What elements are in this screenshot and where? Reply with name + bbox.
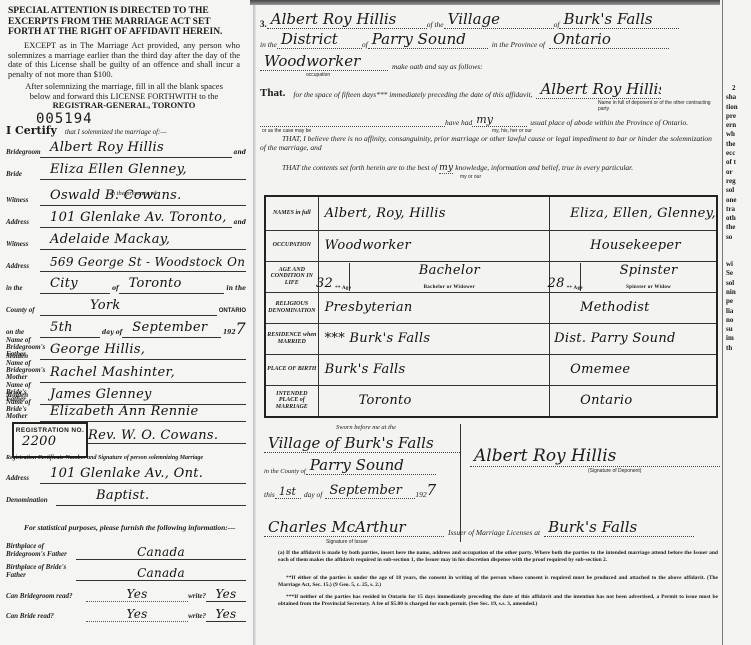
clipped-line: su: [723, 325, 751, 334]
clipped-line: tra: [723, 205, 751, 214]
that-text: for the space of fifteen days*** immedia…: [293, 90, 532, 99]
deponent-signature-line: Albert Roy Hillis: [470, 448, 720, 467]
groom-father-birthplace-value: Canada: [76, 545, 246, 560]
city-type-value: City: [40, 276, 110, 294]
field-label: Birthplace of Bride's Father: [6, 563, 76, 581]
pronoun-1-value: my: [472, 113, 497, 126]
groom-condition-caption: Bachelor or Widower: [350, 285, 550, 290]
abode-line: have had my usual place of abode within …: [260, 108, 720, 127]
issuer-line: Charles McArthur Issuer of Marriage Lice…: [264, 518, 724, 537]
occupation-caption: occupation: [306, 72, 330, 78]
pronoun-2-caption: my or our: [460, 174, 481, 180]
field-label: Bridegroom: [6, 149, 40, 158]
row-header: AGE AND CONDITION IN LIFE: [265, 261, 318, 292]
city-name-value: Toronto: [119, 276, 225, 294]
bride-occupation-cell: Housekeeper: [550, 230, 717, 261]
table-row: RELIGIOUS DENOMINATION Presbyterian Meth…: [265, 292, 717, 323]
bride-intended-place-cell: Ontario: [550, 385, 717, 417]
year-digit: 7: [427, 481, 437, 499]
county-value: York: [40, 298, 217, 316]
clipped-gap: [723, 242, 751, 260]
denomination-field: Denomination Baptist.: [6, 484, 246, 506]
officiant-signature: Rev. W. O. Cowans.: [88, 428, 246, 444]
deponent-line: 3. Albert Roy Hillis of the Village of B…: [260, 10, 720, 29]
bride-age-condition-cell: 28** Age SpinsterSpinster or Widow: [550, 261, 717, 292]
clipped-line: sol: [723, 186, 751, 195]
groom-occupation-cell: Woodworker: [318, 230, 550, 261]
bride-value: Eliza Ellen Glenney,: [40, 162, 246, 180]
bride-birthplace-cell: Omemee: [550, 354, 717, 385]
statistical-note: For statistical purposes, please furnish…: [8, 523, 244, 532]
groom-residence-cell: *** Burk's Falls: [318, 323, 550, 354]
issuer-at-label: Issuer of Marriage Licenses at: [444, 528, 544, 537]
witness-2-value: Adelaide Mackay,: [40, 232, 246, 250]
this-label: this: [264, 490, 275, 499]
row-header: PLACE OF BIRTH: [265, 354, 318, 385]
contents-pre: THAT the contents set forth herein are t…: [282, 163, 437, 172]
sworn-place-line: Village of Burk's Falls: [264, 434, 460, 453]
province-label: ONTARIO: [217, 308, 246, 316]
have-had-label: have had: [445, 118, 472, 127]
bride-condition-caption: Spinster or Widow: [581, 285, 716, 290]
denomination-value: Baptist.: [56, 488, 246, 506]
row-header: OCCUPATION: [265, 230, 318, 261]
bride-read-value: Yes: [86, 607, 188, 622]
certify-subtitle: that I solemnized the marriage of:—: [65, 128, 167, 136]
sworn-county-line: in the County of Parry Sound: [264, 456, 460, 475]
write-label: write?: [188, 592, 206, 602]
footnote-c: ***If neither of the parties has resided…: [278, 594, 718, 607]
province-label: in the Province of: [488, 40, 549, 49]
deponent-caption: (Signature of Deponent): [588, 468, 641, 474]
address-2-field: Address 569 George St - Woodstock Ont.: [6, 250, 246, 272]
bride-mother-value: Elizabeth Ann Rennie: [40, 404, 246, 422]
clipped-line: ern: [723, 121, 751, 130]
groom-mother-value: Rachel Mashinter,: [40, 365, 246, 383]
license-left-panel: SPECIAL ATTENTION IS DIRECTED TO THE EXC…: [0, 0, 253, 645]
bride-name-cell: Eliza, Ellen, Glenney,: [550, 196, 717, 230]
write-label: write?: [188, 612, 206, 622]
groom-father-value: George Hillis,: [40, 342, 246, 360]
groom-condition: Bachelor: [419, 263, 480, 278]
sworn-place-value: Village of Burk's Falls: [264, 434, 438, 452]
address-1-value: 101 Glenlake Av. Toronto,: [40, 210, 232, 228]
date-field: on the 5th day of September 192 7: [6, 316, 246, 338]
groom-religion-cell: Presbyterian: [318, 292, 550, 323]
registration-number-box: REGISTRATION NO. 2200: [12, 422, 88, 458]
groom-age-condition-cell: 32** Age BachelorBachelor or Widower: [318, 261, 550, 292]
field-label: Birthplace of Bridegroom's Father: [6, 542, 76, 560]
believe-clause: THAT, I believe there is no affinity, co…: [260, 134, 718, 152]
bride-condition: Spinster: [620, 263, 678, 278]
clipped-line: pe: [723, 297, 751, 306]
of-the-label: of the: [427, 20, 444, 29]
field-label: Witness: [6, 197, 40, 206]
clipped-line: 2: [723, 84, 751, 93]
clipped-line: th: [723, 344, 751, 353]
field-label: Denomination: [6, 497, 56, 506]
field-label: Address: [6, 263, 40, 272]
sworn-county-value: Parry Sound: [306, 456, 408, 474]
clipped-line: nin: [723, 288, 751, 297]
month-value: September: [122, 320, 221, 338]
clipped-marriage-act-excerpt: 2 sha tion pre ern wh the ecc of t or re…: [722, 0, 751, 645]
city-field: in the City of Toronto in the: [6, 272, 246, 294]
oath-text: make oath and say as follows:: [388, 62, 483, 71]
instruction-line-3: REGISTRAR-GENERAL, TORONTO: [8, 101, 240, 111]
groom-read-value: Yes: [86, 587, 188, 602]
county-label: in the County of: [264, 468, 306, 475]
clipped-line: Se: [723, 269, 751, 278]
place-value: Burk's Falls: [559, 10, 656, 28]
address-1-field: Address 101 Glenlake Av. Toronto, and: [6, 206, 246, 228]
field-mid: of: [110, 285, 119, 294]
registration-title: REGISTRATION NO.: [14, 424, 86, 434]
bride-father-birthplace-value: Canada: [76, 566, 246, 581]
groom-birthplace-cell: Burk's Falls: [318, 354, 550, 385]
field-label: Address: [6, 219, 40, 228]
footnote-a: (a) If the affidavit is made by both par…: [278, 550, 718, 563]
field-suffix: and: [232, 219, 246, 228]
table-row: OCCUPATION Woodworker Housekeeper: [265, 230, 717, 261]
bride-father-birthplace-field: Birthplace of Bride's Father Canada: [6, 563, 246, 581]
day-value: 5th: [40, 320, 100, 338]
bride-residence-cell: Dist. Parry Sound: [550, 323, 717, 354]
groom-literacy-field: Can Bridegroom read? Yes write? Yes: [6, 584, 246, 602]
table-row: PLACE OF BIRTH Burk's Falls Omemee: [265, 354, 717, 385]
clipped-line: sol: [723, 279, 751, 288]
groom-intended-place-cell: Toronto: [318, 385, 550, 417]
pronoun-2-value: my: [439, 163, 453, 174]
field-mid: day of: [100, 329, 122, 338]
groom-father-field: Name of Bridegroom's Father George Hilli…: [6, 338, 246, 360]
groom-write-value: Yes: [206, 587, 246, 602]
bridegroom-field: Bridegroom Albert Roy Hillis and: [6, 136, 246, 158]
field-label: Witness: [6, 241, 40, 250]
clipped-line: of t: [723, 158, 751, 167]
sworn-heading: Sworn before me at the: [336, 424, 396, 431]
bridegroom-value: Albert Roy Hillis: [40, 140, 232, 158]
issuer-place: Burk's Falls: [544, 518, 641, 536]
row-header: INTENDED PLACE of MARRIAGE: [265, 385, 318, 417]
table-row: INTENDED PLACE of MARRIAGE Toronto Ontar…: [265, 385, 717, 417]
groom-father-birthplace-field: Birthplace of Bridegroom's Father Canada: [6, 542, 246, 560]
after-solemnizing-instructions: After solemnizing the marriage, fill in …: [8, 82, 240, 111]
bride-mother-field: Maiden Name of Bride's Mother Elizabeth …: [6, 400, 246, 422]
bride-age: 28: [548, 276, 565, 291]
groom-mother-field: Maiden Name of Bridegroom's Mother Rache…: [6, 361, 246, 383]
clipped-line: im: [723, 334, 751, 343]
deponent-signature: Albert Roy Hillis: [470, 448, 620, 466]
that-heading: That.: [260, 87, 293, 99]
year-prefix: 192: [415, 490, 426, 499]
county-field: County of York ONTARIO: [6, 294, 246, 316]
province-value: Ontario: [549, 30, 615, 48]
clipped-line: tion: [723, 103, 751, 112]
witness-1-field: Witness Oswald B. Cowans.: [6, 184, 246, 206]
that-line: That. for the space of fifteen days*** i…: [260, 80, 720, 99]
division-type-value: District: [277, 30, 342, 48]
row-header: RELIGIOUS DENOMINATION: [265, 292, 318, 323]
place-type-value: Village: [444, 10, 504, 28]
clipped-line: reg: [723, 177, 751, 186]
in-the-label: in the: [260, 40, 277, 49]
clipped-line: wi: [723, 260, 751, 269]
witness-1-value: Oswald B. Cowans.: [40, 188, 246, 206]
year-prefix: 192: [221, 329, 236, 338]
clipped-line: so: [723, 233, 751, 242]
deponent-occupation: Woodworker: [260, 52, 364, 70]
officiant-address-field: Address 101 Glenlake Av., Ont.: [6, 462, 246, 484]
row-header: NAMES in full: [265, 196, 318, 230]
day-of-label: day of: [301, 490, 326, 499]
clipped-line: oth: [723, 214, 751, 223]
field-label: Maiden Name of Bridegroom's Mother: [6, 353, 40, 383]
sworn-day-value: 1st: [275, 485, 300, 498]
division-value: Parry Sound: [368, 30, 470, 48]
usual-abode-text: usual place of abode within the Province…: [527, 118, 688, 127]
footnote-b: **If either of the parties is under the …: [278, 575, 718, 588]
clipped-line: the: [723, 223, 751, 232]
sworn-month-value: September: [325, 483, 405, 498]
field-label: Can Bridegroom read?: [6, 592, 86, 602]
clipped-line: wh: [723, 130, 751, 139]
district-line: in the District of Parry Sound in the Pr…: [260, 30, 720, 49]
clipped-line: ecc: [723, 149, 751, 158]
clipped-line: or: [723, 168, 751, 177]
year-digit: 7: [236, 319, 246, 338]
sworn-date-line: this 1st day of September 192 7: [264, 480, 460, 499]
field-label: Address: [6, 475, 40, 484]
bride-religion-cell: Methodist: [550, 292, 717, 323]
clipped-line: no: [723, 316, 751, 325]
groom-name-cell: Albert, Roy, Hillis: [318, 196, 550, 230]
affidavit-panel: 3. Albert Roy Hillis of the Village of B…: [256, 0, 722, 645]
special-attention-notice: SPECIAL ATTENTION IS DIRECTED TO THE EXC…: [8, 6, 240, 38]
deponent-name: Albert Roy Hillis: [267, 10, 401, 28]
witness-2-field: Witness Adelaide Mackay,: [6, 228, 246, 250]
groom-age: 32: [316, 276, 333, 291]
clipped-line: one: [723, 196, 751, 205]
field-label: County of: [6, 307, 40, 316]
clipped-line: pre: [723, 112, 751, 121]
bride-field: Bride Eliza Ellen Glenney,: [6, 158, 246, 180]
clipped-line: the: [723, 140, 751, 149]
clipped-line: lia: [723, 307, 751, 316]
table-row: RESIDENCE when MARRIED *** Burk's Falls …: [265, 323, 717, 354]
field-suffix: and: [232, 149, 246, 158]
field-label: Bride: [6, 171, 40, 180]
field-label: in the: [6, 285, 40, 294]
address-2-value: 569 George St - Woodstock Ont.: [40, 254, 246, 272]
affidavit-number: 3.: [260, 19, 267, 29]
field-label: Maiden Name of Bride's Mother: [6, 392, 40, 422]
registration-number: 2200: [14, 434, 86, 449]
issuer-caption: Signature of Issuer: [326, 539, 368, 545]
except-clause: EXCEPT as in The Marriage Act provided, …: [8, 41, 240, 79]
clipped-text-lines: 2 sha tion pre ern wh the ecc of t or re…: [723, 84, 751, 353]
officiant-address-value: 101 Glenlake Av., Ont.: [40, 466, 246, 484]
bride-literacy-field: Can Bride read? Yes write? Yes: [6, 604, 246, 622]
contents-clause: THAT the contents set forth herein are t…: [282, 163, 722, 173]
table-row: NAMES in full Albert, Roy, Hillis Eliza,…: [265, 196, 717, 230]
contents-post: knowledge, information and belief, true …: [455, 163, 633, 172]
field-suffix: in the: [224, 285, 246, 294]
registration-caption: Registration Certificate Number and Sign…: [6, 455, 246, 461]
bride-write-value: Yes: [206, 607, 246, 622]
that-name-value: Albert Roy Hillis: [536, 80, 661, 98]
row-header: RESIDENCE when MARRIED: [265, 323, 318, 354]
table-row: AGE AND CONDITION IN LIFE 32** Age Bache…: [265, 261, 717, 292]
issuer-signature: Charles McArthur: [264, 518, 410, 536]
clipped-line: sha: [723, 93, 751, 102]
occupation-line: Woodworker make oath and say as follows:: [260, 52, 720, 71]
field-label: Can Bride read?: [6, 612, 86, 622]
particulars-table: NAMES in full Albert, Roy, Hillis Eliza,…: [264, 195, 718, 418]
